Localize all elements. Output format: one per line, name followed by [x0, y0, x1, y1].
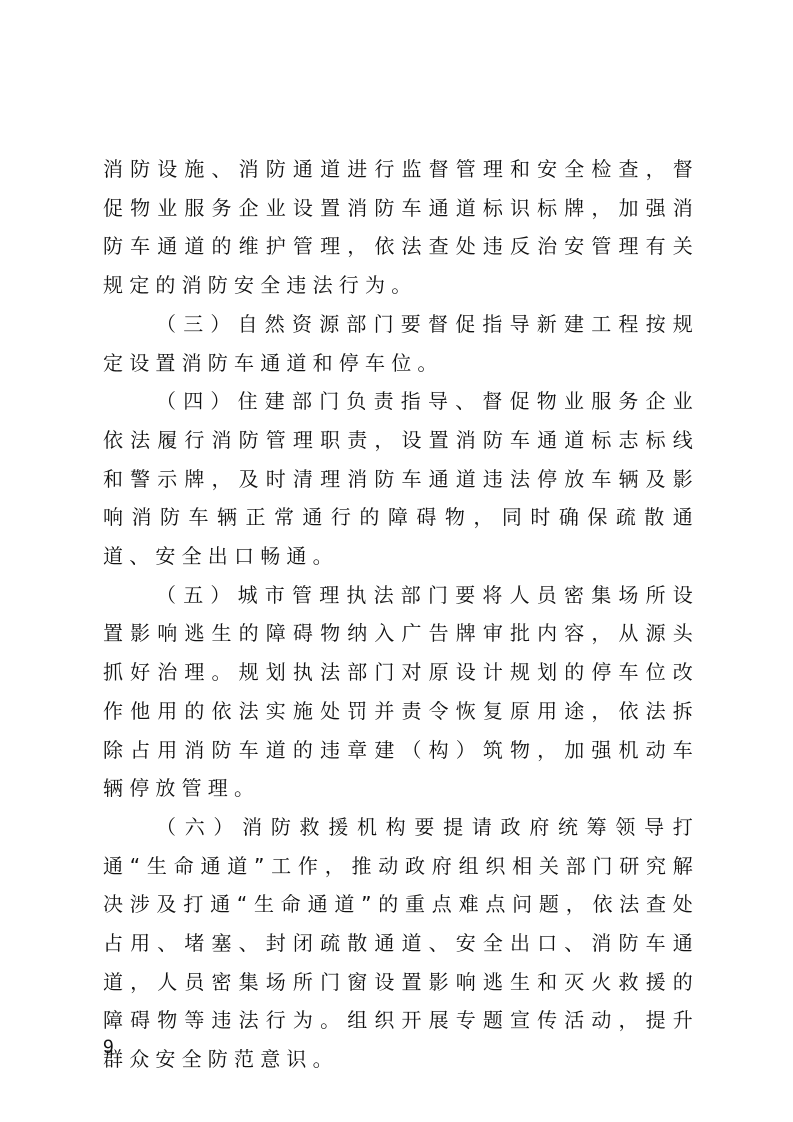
paragraph-continuation: 消防设施、消防通道进行监督管理和安全检查，督促物业服务企业设置消防车通道标识标牌…	[103, 150, 699, 305]
document-page: 消防设施、消防通道进行监督管理和安全检查，督促物业服务企业设置消防车通道标识标牌…	[0, 0, 793, 1122]
paragraph-item-5: （五）城市管理执法部门要将人员密集场所设置影响逃生的障碍物纳入广告牌审批内容，从…	[103, 576, 699, 808]
paragraph-item-6: （六）消防救援机构要提请政府统筹领导打通“生命通道”工作，推动政府组织相关部门研…	[103, 808, 699, 1079]
paragraph-item-3: （三）自然资源部门要督促指导新建工程按规定设置消防车通道和停车位。	[103, 305, 699, 382]
document-body: 消防设施、消防通道进行监督管理和安全检查，督促物业服务企业设置消防车通道标识标牌…	[103, 150, 699, 1079]
paragraph-item-4: （四）住建部门负责指导、督促物业服务企业依法履行消防管理职责，设置消防车通道标志…	[103, 382, 699, 576]
page-number: 9	[103, 1037, 114, 1059]
